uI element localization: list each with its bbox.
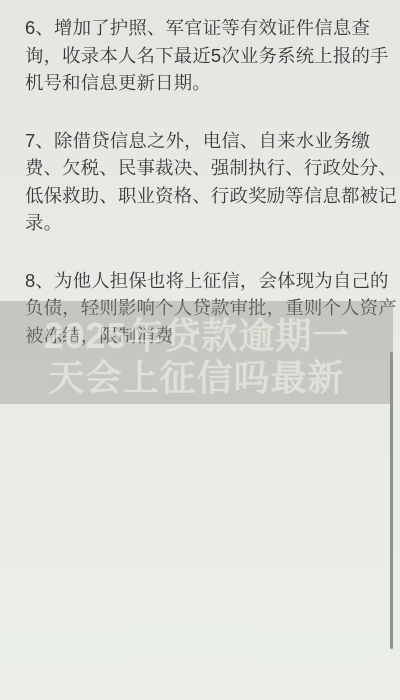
paragraph-line: 机号和信息更新日期。 (25, 69, 374, 97)
paragraph-line: 6、增加了护照、军官证等有效证件信息查 (25, 14, 374, 42)
article-body: 6、增加了护照、军官证等有效证件信息查 询，收录本人名下最近5次业务系统上报的手… (25, 14, 374, 349)
paragraph-line: 录。 (25, 209, 374, 237)
scrollbar-thumb[interactable] (390, 352, 393, 649)
watermark-title: 2025年贷款逾期一 天会上征信吗最新 (0, 301, 393, 404)
paragraph-line: 询，收录本人名下最近5次业务系统上报的手 (25, 42, 374, 70)
paragraph-item-6: 6、增加了护照、军官证等有效证件信息查 询，收录本人名下最近5次业务系统上报的手… (25, 14, 374, 97)
paragraph-line: 7、除借贷信息之外，电信、自来水业务缴 (25, 127, 374, 155)
article-page: 6、增加了护照、军官证等有效证件信息查 询，收录本人名下最近5次业务系统上报的手… (0, 0, 400, 700)
paragraph-line: 费、欠税、民事裁决、强制执行、行政处分、 (25, 154, 374, 182)
paragraph-line: 8、为他人担保也将上征信，会体现为自己的 (25, 267, 374, 295)
watermark-title-line: 2025年贷款逾期一 (0, 315, 393, 357)
watermark-title-line: 天会上征信吗最新 (0, 357, 393, 399)
paragraph-line: 低保救助、职业资格、行政奖励等信息都被记 (25, 182, 374, 210)
paragraph-item-7: 7、除借贷信息之外，电信、自来水业务缴 费、欠税、民事裁决、强制执行、行政处分、… (25, 127, 374, 237)
